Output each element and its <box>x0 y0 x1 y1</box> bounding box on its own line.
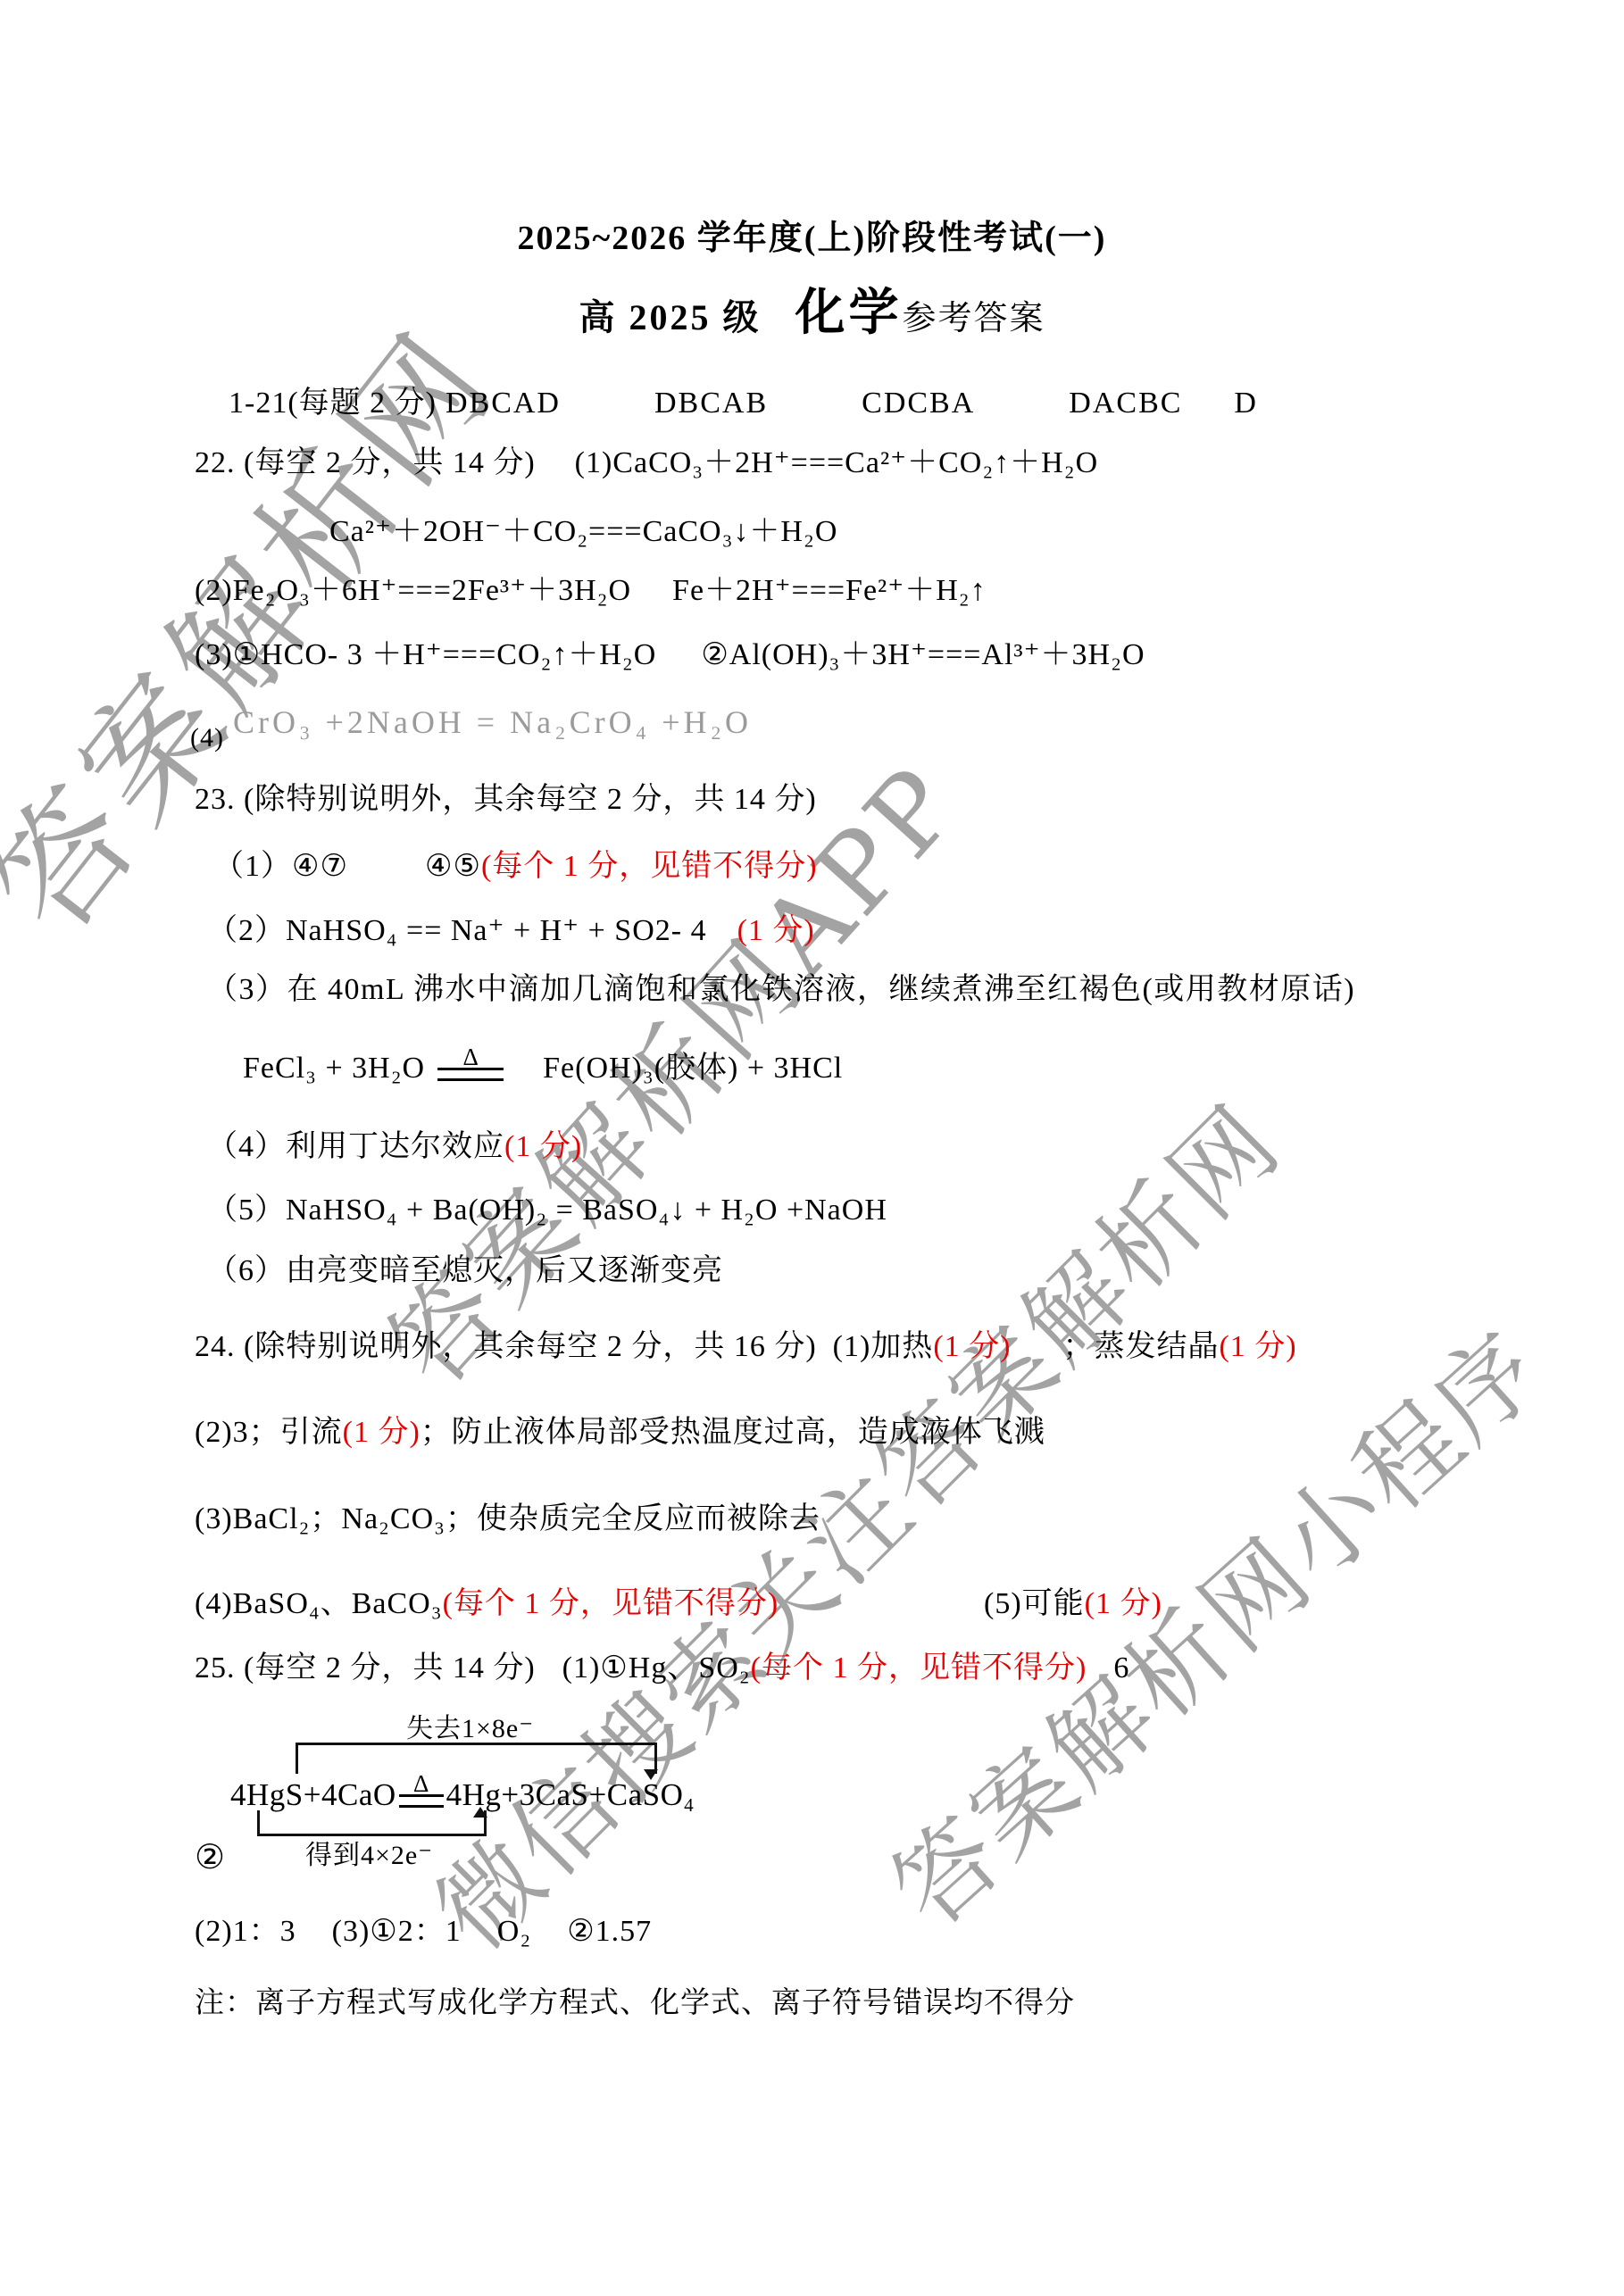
grading-note: 注：离子方程式写成化学方程式、化学式、离子符号错误均不得分 <box>195 1984 1075 2022</box>
mc-group-5: D <box>1234 385 1258 422</box>
q22-part4-label: (4) <box>190 720 224 757</box>
diagram-equation: 4HgS+4CaO Δ 4Hg+3CaS+CaSO₄ <box>230 1776 695 1814</box>
grading-note-text: 注：离子方程式写成化学方程式、化学式、离子符号错误均不得分 <box>195 1984 1075 2022</box>
q23-part2-line: （2）NaHSO₄ == Na⁺ + H⁺ + SO2- 4 (1 分) <box>207 912 815 950</box>
q23-part3-equation: FeCl₃ + 3H₂O Δ Fe(OH)₃(胶体) + 3HCl <box>243 1050 843 1087</box>
q23-part3-line: （3）在 40mL 沸水中滴加几滴饱和氯化铁溶液，继续煮沸至红褐色(或用教材原话… <box>207 971 1355 1009</box>
q24-part3-line: (3)BaCl₂；Na₂CO₃；使杂质完全反应而被除去 <box>195 1501 820 1538</box>
circle2-text: ② <box>195 1839 226 1876</box>
q22-equation-2b: Fe＋2H⁺===Fe²⁺＋H₂↑ <box>672 572 987 610</box>
q24-part1-score-note: (1 分) <box>933 1328 1011 1366</box>
multiple-choice-answers: 1-21(每题 2 分) DBCAD DBCAB CDCBA DACBC D <box>229 385 1258 422</box>
q25-parts2-3-line: (2)1：3 (3)①2：1 O₂ ②1.57 <box>195 1913 687 1951</box>
mc-group-3: CDCBA <box>862 385 975 422</box>
diagram-gain-electrons-label: 得到4×2e⁻ <box>305 1837 433 1875</box>
q25-part1-tail: 6 <box>1113 1650 1129 1687</box>
q24-part2-answer-b: ；防止液体局部受热温度过高，造成液体飞溅 <box>421 1414 1045 1452</box>
q24-part4-answer: (4)BaSO₄、BaCO₃ <box>195 1585 443 1623</box>
answer-key-document: 答案解析网 答案解析网APP 微信搜索关注答案解析网 答案解析网小程序 2025… <box>0 0 1624 2296</box>
grade-label: 高 2025 级 <box>579 299 761 337</box>
q22-head-line: 22. (每空 2 分，共 14 分) (1)CaCO₃＋2H⁺===Ca²⁺＋… <box>195 445 1098 482</box>
q24-part4-score-note: (每个 1 分，见错不得分) <box>443 1585 779 1623</box>
q22-equation-1: (1)CaCO₃＋2H⁺===Ca²⁺＋CO₂↑＋H₂O <box>575 445 1098 482</box>
mc-prefix: 1-21(每题 2 分) <box>229 385 437 422</box>
diagram-up-arrow <box>473 1800 487 1818</box>
q23-eq-lhs: FeCl₃ + 3H₂O <box>243 1050 425 1087</box>
q25-head: 25. (每空 2 分，共 14 分) <box>195 1650 536 1687</box>
diagram-eq-lhs: 4HgS+4CaO <box>230 1776 396 1814</box>
delta-symbol: Δ <box>462 1046 478 1068</box>
delta-equals-sign: Δ <box>437 1046 504 1081</box>
q23-part6-line: （6）由亮变暗至熄灭，后又逐渐变亮 <box>207 1252 723 1290</box>
q22-equation-2a: (2)Fe₂O₃＋6H⁺===2Fe³⁺＋3H₂O <box>195 572 631 610</box>
q23-part4-line: （4）利用丁达尔效应 (1 分) <box>207 1128 582 1166</box>
q23-part6-answer: （6）由亮变暗至熄灭，后又逐渐变亮 <box>207 1252 723 1290</box>
q24-head-line: 24. (除特别说明外，其余每空 2 分，共 16 分) (1)加热 (1 分)… <box>195 1328 1297 1366</box>
q24-part2-answer: (2)3；引流 <box>195 1414 343 1452</box>
q22-equation-1b: Ca²⁺＋2OH⁻＋CO₂===CaCO₃↓＋H₂O <box>329 513 837 551</box>
q23-part2-equation: （2）NaHSO₄ == Na⁺ + H⁺ + SO2- 4 <box>207 912 707 950</box>
q24-part2-line: (2)3；引流 (1 分) ；防止液体局部受热温度过高，造成液体飞溅 <box>195 1414 1045 1452</box>
q22-head: 22. (每空 2 分，共 14 分) <box>195 445 536 482</box>
exam-title-text: 2025~2026 学年度(上)阶段性考试(一) <box>518 220 1107 257</box>
diagram-circle2-marker: ② <box>195 1839 226 1876</box>
double-line <box>399 1794 444 1808</box>
q22-equation-1b-text: Ca²⁺＋2OH⁻＋CO₂===CaCO₃↓＋H₂O <box>329 513 837 551</box>
q23-part3-text: （3）在 40mL 沸水中滴加几滴饱和氯化铁溶液，继续煮沸至红褐色(或用教材原话… <box>207 971 1355 1009</box>
q25-part3-answer-c: ②1.57 <box>567 1913 652 1951</box>
q23-part1-line: （1）④⑦ ④⑤ (每个 1 分，见错不得分) <box>213 848 818 886</box>
q24-part3-answer: (3)BaCl₂；Na₂CO₃；使杂质完全反应而被除去 <box>195 1501 820 1538</box>
q24-part1-answer-b: ；蒸发结晶 <box>1062 1328 1219 1366</box>
mc-group-2: DBCAB <box>654 385 768 422</box>
q24-part1-answer: (1)加热 <box>833 1328 934 1366</box>
q22-part3-line: (3)①HCO- 3 ＋H⁺===CO₂↑＋H₂O ②Al(OH)₃＋3H⁺==… <box>195 636 1145 674</box>
q24-part5-answer: (5)可能 <box>984 1585 1085 1623</box>
double-line <box>437 1068 504 1081</box>
q23-eq-rhs: Fe(OH)₃(胶体) + 3HCl <box>543 1050 843 1087</box>
mc-group-1: DBCAD <box>446 385 561 422</box>
delta-equals-sign: Δ <box>399 1773 444 1808</box>
q23-head-text: 23. (除特别说明外，其余每空 2 分，共 14 分) <box>195 781 817 819</box>
q24-part5-score-note: (1 分) <box>1085 1585 1162 1623</box>
gain-label-text: 得到4×2e⁻ <box>305 1837 433 1875</box>
q25-part3-answer-a: (3)①2：1 <box>332 1913 462 1951</box>
delta-symbol: Δ <box>413 1773 429 1794</box>
q22-part2-line: (2)Fe₂O₃＋6H⁺===2Fe³⁺＋3H₂O Fe＋2H⁺===Fe²⁺＋… <box>195 572 987 610</box>
subject-label: 化学 <box>795 295 902 332</box>
q25-part2-answer: (2)1：3 <box>195 1913 296 1951</box>
q23-part5-equation: （5）NaHSO₄ + Ba(OH)₂ = BaSO₄↓ + H₂O +NaOH <box>207 1192 887 1229</box>
q24-part4-line: (4)BaSO₄、BaCO₃ (每个 1 分，见错不得分) <box>195 1585 779 1623</box>
q22-equation-3a: (3)①HCO- 3 ＋H⁺===CO₂↑＋H₂O <box>195 636 656 674</box>
q25-part1-answer: (1)①Hg、SO₂ <box>562 1650 751 1687</box>
diagram-top-bracket <box>296 1743 657 1774</box>
q23-part1-answer-b: ④⑤ <box>425 848 481 886</box>
q24-part1-score-note-b: (1 分) <box>1219 1328 1296 1366</box>
q22-part4-line: (4) CrO₃ +2NaOH = Na₂CrO₄ +H₂O <box>190 703 752 741</box>
q25-part1-score-note: (每个 1 分，见错不得分) <box>751 1650 1087 1687</box>
q23-part4-score-note: (1 分) <box>504 1128 582 1166</box>
q23-part2-score-note: (1 分) <box>737 912 815 950</box>
q24-part5-line: (5)可能 (1 分) <box>984 1585 1162 1623</box>
q23-part5-line: （5）NaHSO₄ + Ba(OH)₂ = BaSO₄↓ + H₂O +NaOH <box>207 1192 887 1229</box>
q23-part1-answer-a: （1）④⑦ <box>213 848 348 886</box>
q22-part4-formula: CrO₃ +2NaOH = Na₂CrO₄ +H₂O <box>233 703 752 741</box>
subject-title: 高 2025 级 化学 参考答案 <box>0 295 1624 337</box>
answer-key-label: 参考答案 <box>902 300 1045 337</box>
q23-part4-answer: （4）利用丁达尔效应 <box>207 1128 504 1166</box>
diagram-bottom-bracket <box>257 1810 487 1836</box>
q25-head-line: 25. (每空 2 分，共 14 分) (1)①Hg、SO₂ (每个 1 分，见… <box>195 1650 1129 1687</box>
q24-head: 24. (除特别说明外，其余每空 2 分，共 16 分) <box>195 1328 817 1366</box>
exam-title: 2025~2026 学年度(上)阶段性考试(一) <box>0 220 1624 257</box>
q24-part2-score-note: (1 分) <box>343 1414 421 1452</box>
q25-part3-answer-b: O₂ <box>497 1913 531 1951</box>
q23-head: 23. (除特别说明外，其余每空 2 分，共 14 分) <box>195 781 817 819</box>
q22-equation-3b: ②Al(OH)₃＋3H⁺===Al³⁺＋3H₂O <box>701 636 1145 674</box>
q23-part1-score-note: (每个 1 分，见错不得分) <box>481 848 818 886</box>
mc-group-4: DACBC <box>1069 385 1182 422</box>
